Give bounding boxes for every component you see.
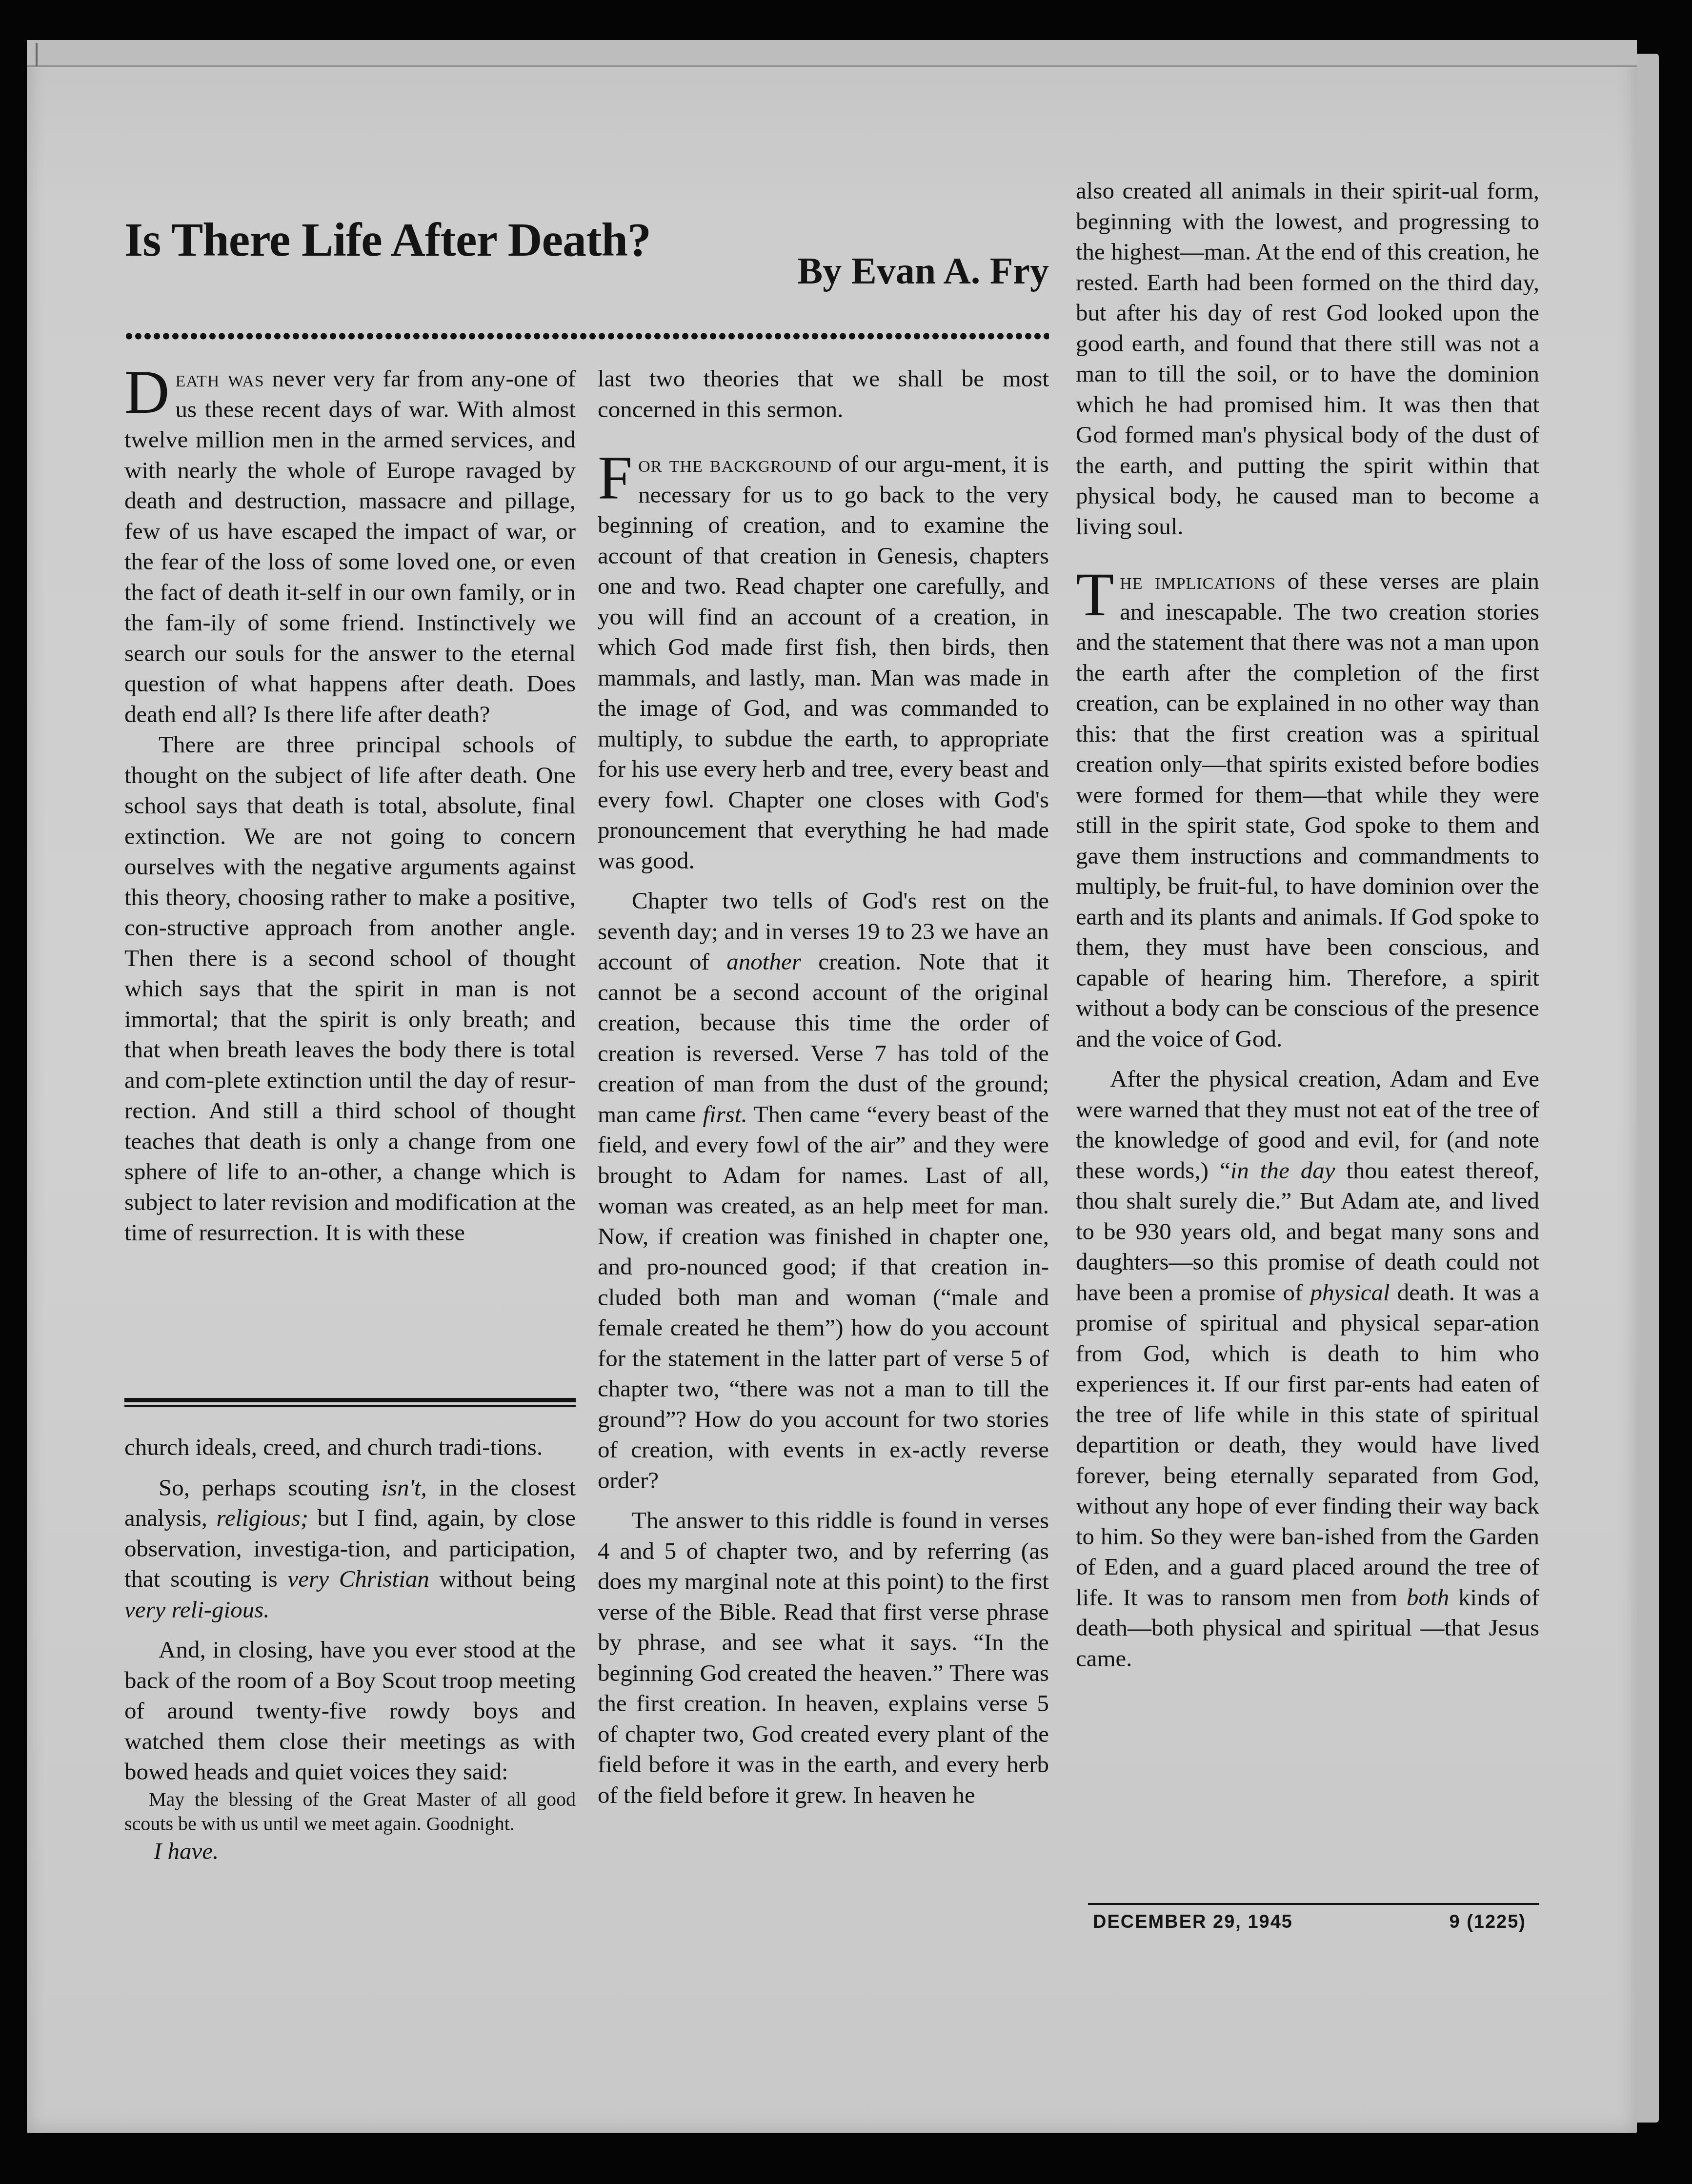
paragraph-last-two-theories: last two theories that we shall be most … [598, 364, 1049, 425]
text-run: Then came “every beast of the field, and… [598, 1101, 1049, 1494]
paragraph-background: For the background of our argu-ment, it … [598, 449, 1049, 876]
italic-run: first. [703, 1101, 747, 1128]
lead-in-smallcaps: eath was [175, 365, 264, 392]
page-top-fold [27, 40, 1637, 67]
scout-benediction: May the blessing of the Great Master of … [124, 1787, 576, 1836]
column-2: last two theories that we shall be most … [598, 364, 1049, 1810]
paragraph-spiritual-animals: also created all animals in their spirit… [1076, 176, 1539, 542]
italic-run: another [726, 948, 801, 975]
spine-mark [36, 43, 38, 66]
paragraph-text: of these verses are plain and inescapabl… [1076, 567, 1539, 1052]
lead-in-smallcaps: he implications [1120, 567, 1276, 594]
paragraph-implications: The implications of these verses are pla… [1076, 566, 1539, 1054]
paragraph-church-ideals: church ideals, creed, and church tradi-t… [124, 1432, 576, 1463]
signoff: I have. [124, 1836, 576, 1867]
article-byline: By Evan A. Fry [797, 249, 1049, 293]
italic-run: both [1407, 1584, 1449, 1611]
article-title: Is There Life After Death? [124, 213, 651, 267]
italic-run: in the day [1230, 1157, 1335, 1184]
paragraph-chapter-two: Chapter two tells of God's rest on the s… [598, 886, 1049, 1496]
paragraph-physical-creation: After the physical creation, Adam and Ev… [1076, 1064, 1539, 1674]
column-1: Death was never very far from any-one of… [124, 364, 576, 1248]
dotted-divider [124, 332, 1049, 341]
italic-run: very Christian [288, 1565, 429, 1592]
italic-run: very reli-gious. [124, 1596, 270, 1623]
drop-cap: T [1076, 570, 1114, 619]
lead-in-smallcaps: or the background [638, 450, 832, 477]
paragraph-closing: And, in closing, have you ever stood at … [124, 1635, 576, 1787]
text-run: without being [429, 1565, 576, 1592]
column-3: also created all animals in their spirit… [1076, 176, 1539, 1674]
paragraph-scouting: So, perhaps scouting isn't, in the close… [124, 1473, 576, 1625]
drop-cap: F [598, 453, 632, 502]
text-run: So, perhaps scouting [159, 1474, 381, 1501]
italic-run: physical [1310, 1279, 1390, 1306]
double-rule-divider [124, 1398, 576, 1407]
issue-date: DECEMBER 29, 1945 [1093, 1912, 1293, 1933]
paragraph-riddle-answer: The answer to this riddle is found in ve… [598, 1505, 1049, 1810]
column-1-continuation: church ideals, creed, and church tradi-t… [124, 1432, 576, 1866]
paragraph-text: of our argu-ment, it is necessary for us… [598, 450, 1049, 874]
drop-cap: D [124, 367, 169, 416]
italic-run: religious; [216, 1504, 308, 1531]
paragraph-text: never very far from any-one of us these … [124, 365, 576, 728]
page-number: 9 (1225) [1449, 1912, 1526, 1933]
paragraph-three-schools: There are three principal schools of tho… [124, 729, 576, 1248]
italic-run: isn't, [381, 1474, 427, 1501]
footer-rule [1088, 1903, 1539, 1905]
text-run: death. It was a promise of spiritual and… [1076, 1279, 1539, 1611]
paragraph-opening: Death was never very far from any-one of… [124, 364, 576, 729]
